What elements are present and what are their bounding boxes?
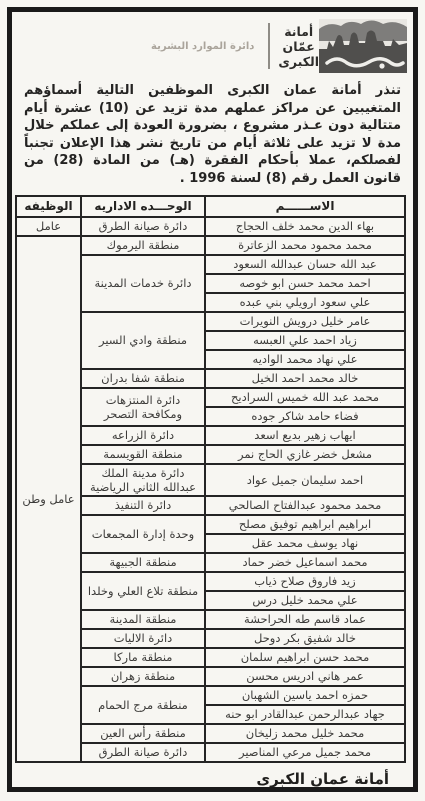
employee-name-cell: خالد محمد احمد الخيل	[205, 369, 405, 388]
signature-text: أمانة عمان الكبرى	[256, 770, 389, 788]
table-row: بهاء الدين محمد خلف الحجاجدائرة صيانة ال…	[16, 217, 405, 236]
admin-unit-cell: دائرة صيانة الطرق	[81, 217, 205, 236]
employee-name-cell: ايهاب زهير بديع اسعد	[205, 426, 405, 445]
column-header-unit: الوحـــده الاداريه	[81, 196, 205, 217]
employee-name-cell: احمد محمد حسن ابو خوصه	[205, 274, 405, 293]
employee-name-cell: محمد محمود عبدالفتاح الصالحي	[205, 496, 405, 515]
admin-unit-cell: منطقة الجبيهة	[81, 553, 205, 572]
employee-name-cell: بهاء الدين محمد خلف الحجاج	[205, 217, 405, 236]
employee-name-cell: عامر خليل درويش النويرات	[205, 312, 405, 331]
employee-name-cell: عمر هاني ادريس محسن	[205, 667, 405, 686]
admin-unit-cell: منطقة مرج الحمام	[81, 686, 205, 724]
employee-name-cell: علي محمد خليل درس	[205, 591, 405, 610]
admin-unit-cell: دائرة الاليات	[81, 629, 205, 648]
employee-name-cell: زياد احمد علي العبسه	[205, 331, 405, 350]
admin-unit-cell: دائرة صيانة الطرق	[81, 743, 205, 762]
employee-name-cell: زيد فاروق صلاح ذياب	[205, 572, 405, 591]
warning-notice-text: تنذر أمانة عمان الكبرى الموظفين التالية …	[24, 82, 401, 188]
table-row: محمد محمود محمد الزعاترةمنطقة اليرموكعام…	[16, 236, 405, 255]
logo-line-2: عمّان	[278, 39, 319, 54]
employee-name-cell: محمد محمود محمد الزعاترة	[205, 236, 405, 255]
footer: أمانة عمان الكبرى	[18, 763, 407, 796]
admin-unit-cell: منطقة شفا بدران	[81, 369, 205, 388]
admin-unit-cell: دائرة الزراعه	[81, 426, 205, 445]
admin-unit-cell: دائرة خدمات المدينة	[81, 255, 205, 312]
document-frame: أمانة عمّان الكبرى دائرة الموارد البشرية…	[7, 7, 418, 792]
admin-unit-cell: دائرة التنفيذ	[81, 496, 205, 515]
admin-unit-cell: منطقة القويسمة	[81, 445, 205, 464]
admin-unit-cell: منطقة ماركا	[81, 648, 205, 667]
admin-unit-cell: منطقة اليرموك	[81, 236, 205, 255]
column-header-job: الوظيفه	[16, 196, 81, 217]
job-title-cell: عامل وطن	[16, 236, 81, 762]
employee-roster-table: الاســــــم الوحـــده الاداريه الوظيفه ب…	[15, 195, 406, 763]
admin-unit-cell: منطقة تلاع العلي وخلدا	[81, 572, 205, 610]
admin-unit-cell: دائرة مدينة الملك عبدالله الثاني الرياضي…	[81, 464, 205, 496]
employee-name-cell: علي سعود ارويلي بني عبده	[205, 293, 405, 312]
employee-name-cell: عماد قاسم طه الحراحشة	[205, 610, 405, 629]
admin-unit-cell: وحدة إدارة المجمعات	[81, 515, 205, 553]
table-header-row: الاســــــم الوحـــده الاداريه الوظيفه	[16, 196, 405, 217]
employee-name-cell: محمد جميل مرعي المناصير	[205, 743, 405, 762]
employee-name-cell: محمد حسن ابراهيم سلمان	[205, 648, 405, 667]
amman-skyline-logo-icon	[319, 19, 407, 73]
scanned-notice-page: أمانة عمّان الكبرى دائرة الموارد البشرية…	[0, 0, 425, 801]
admin-unit-cell: منطقة وادي السير	[81, 312, 205, 369]
admin-unit-cell: منطقة زهران	[81, 667, 205, 686]
logo-wordmark: أمانة عمّان الكبرى	[278, 24, 319, 69]
logo-line-3: الكبرى	[278, 54, 319, 69]
logo-line-1: أمانة	[278, 24, 319, 39]
employee-name-cell: محمد اسماعيل خضر حماد	[205, 553, 405, 572]
header-divider	[268, 23, 270, 69]
employee-name-cell: محمد خليل محمد زليخان	[205, 724, 405, 743]
employee-name-cell: جهاد عبدالرحمن عبدالقادر ابو حنه	[205, 705, 405, 724]
employee-name-cell: حمزه احمد ياسين الشهبان	[205, 686, 405, 705]
employee-name-cell: ابراهيم ابراهيم توفيق مصلح	[205, 515, 405, 534]
admin-unit-cell: منطقة المدينة	[81, 610, 205, 629]
employee-name-cell: احمد سليمان جميل عواد	[205, 464, 405, 496]
employee-name-cell: علي نهاد محمد الواديه	[205, 350, 405, 369]
employee-name-cell: مشعل خضر غازي الحاج نمر	[205, 445, 405, 464]
employee-name-cell: عبد الله حسان عبدالله السعود	[205, 255, 405, 274]
job-title-cell: عامل	[16, 217, 81, 236]
employee-table-body: بهاء الدين محمد خلف الحجاجدائرة صيانة ال…	[16, 217, 405, 762]
admin-unit-cell: دائرة المنتزهات ومكافحة التصحر	[81, 388, 205, 426]
department-label: دائرة الموارد البشرية	[151, 41, 254, 52]
column-header-name: الاســــــم	[205, 196, 405, 217]
employee-name-cell: محمد عبد الله خميس السراديح	[205, 388, 405, 407]
employee-name-cell: فضاء حامد شاكر جوده	[205, 407, 405, 426]
employee-name-cell: خالد شفيق بكر دوحل	[205, 629, 405, 648]
admin-unit-cell: منطقة رأس العين	[81, 724, 205, 743]
masthead: أمانة عمّان الكبرى دائرة الموارد البشرية	[18, 16, 407, 76]
employee-name-cell: نهاد يوسف محمد عقل	[205, 534, 405, 553]
